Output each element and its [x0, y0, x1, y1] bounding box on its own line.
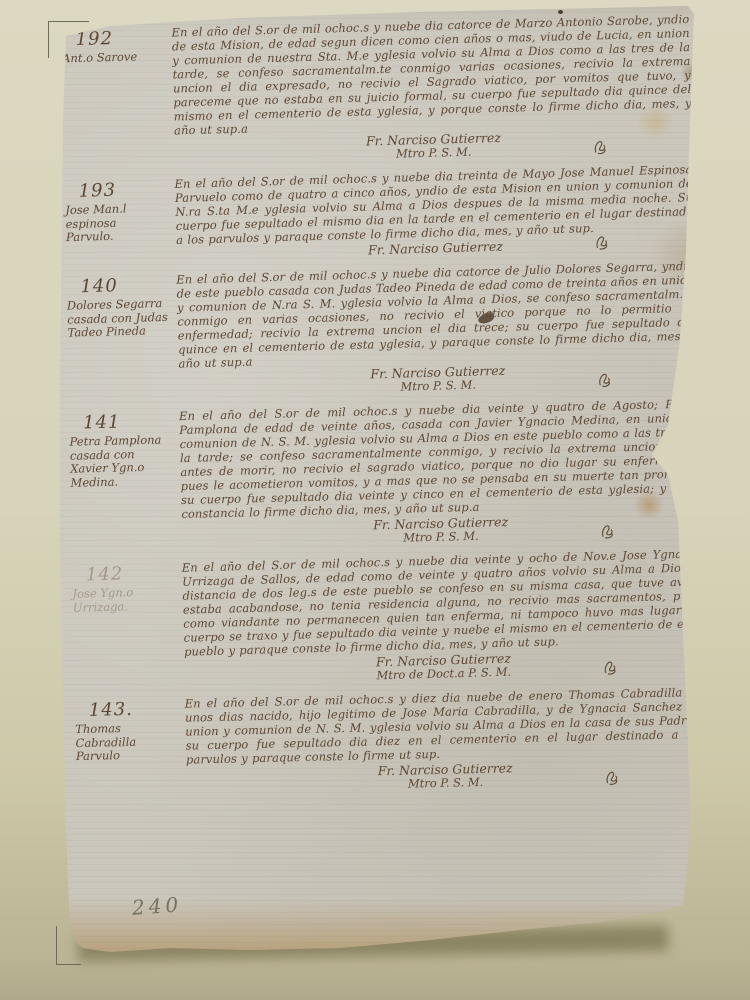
burial-entry-141: 141 Petra Pamplona casada con Xavier Ygn… [69, 396, 700, 552]
burial-entry-143: 143. Thomas Cabradilla Parvulo En el año… [75, 685, 705, 798]
entry-margin-name: Ant.o Sarove [62, 50, 164, 66]
entry-margin-note: 192 Ant.o Sarove [61, 26, 167, 170]
entry-body-column: En el año del S.or de mil ochoc.s y nueb… [176, 259, 697, 400]
entry-number: 140 [66, 275, 169, 298]
entry-margin-note: 193 Jose Man.l espinosa Parvulo. [64, 177, 168, 266]
burial-entry-142: 142 Jose Ygn.o Urrizaga. En el año del S… [72, 546, 703, 690]
entry-body-text: En el año del S.or de mil ochoc.s y nueb… [174, 162, 694, 247]
signature-rubric-icon [600, 521, 617, 543]
register-entries-column: 192 Ant.o Sarove En el año del S.or de m… [62, 14, 705, 807]
entry-body-text: En el año del S.or de mil ochoc.s y nueb… [182, 546, 703, 658]
entry-number: 193 [64, 179, 167, 202]
entry-margin-name: Dolores Segarra casada con Judas Tadeo P… [67, 297, 170, 340]
entry-margin-name: Petra Pamplona casada con Xavier Ygn.o M… [69, 433, 172, 489]
entry-body-column: En el año del S.or de mil ochoc.s y nueb… [179, 396, 700, 550]
entry-margin-name: Jose Man.l espinosa Parvulo. [65, 201, 168, 244]
entry-number: 143. [75, 699, 177, 721]
signature-rubric-icon [603, 658, 620, 680]
entry-margin-note: 142 Jose Ygn.o Urrizaga. [72, 561, 178, 691]
burial-entry-192: 192 Ant.o Sarove En el año del S.or de m… [61, 12, 692, 169]
entry-number: 141 [69, 411, 171, 433]
pencil-page-number: 240 [131, 892, 183, 919]
entry-body-text: En el año del S.or de mil ochoc.s y diez… [185, 685, 704, 767]
signature-rubric-icon [605, 768, 621, 790]
burial-entry-140: 140 Dolores Segarra casada con Judas Tad… [66, 259, 697, 403]
entry-body-column: En el año del S.or de mil ochoc.s y diez… [185, 685, 705, 796]
entry-number: 142 [72, 563, 175, 586]
photo-mat: { "photo": { "mat_color": "#d8d4ba", "pa… [0, 0, 750, 1000]
signature-rubric-icon [594, 232, 611, 254]
entry-body-text: En el año del S.or de mil ochoc.s y nueb… [176, 259, 696, 371]
entry-margin-name: Thomas Cabradilla Parvulo [75, 721, 178, 764]
signature-rubric-icon [597, 370, 614, 392]
manuscript-paper: 192 Ant.o Sarove En el año del S.or de m… [0, 0, 750, 1000]
ink-speck [558, 10, 563, 14]
entry-body-column: En el año del S.or de mil ochoc.s y nueb… [182, 546, 703, 687]
entry-margin-note: 143. Thomas Cabradilla Parvulo [75, 697, 179, 798]
entry-margin-name: Jose Ygn.o Urrizaga. [72, 585, 175, 615]
entry-margin-note: 140 Dolores Segarra casada con Judas Tad… [66, 273, 171, 403]
burial-entry-193: 193 Jose Man.l espinosa Parvulo. En el a… [64, 162, 694, 266]
entry-margin-note: 141 Petra Pamplona casada con Xavier Ygn… [69, 409, 174, 552]
entry-body-text: En el año del S.or de mil ochoc.s y nueb… [179, 396, 700, 521]
signature-rubric-icon [593, 137, 610, 159]
entry-body-column: En el año del S.or de mil ochoc.s y nueb… [174, 162, 694, 263]
entry-body-text: En el año del S.or de mil ochoc.s y nueb… [171, 12, 692, 138]
entry-body-column: En el año del S.or de mil ochoc.s y nueb… [171, 12, 693, 167]
